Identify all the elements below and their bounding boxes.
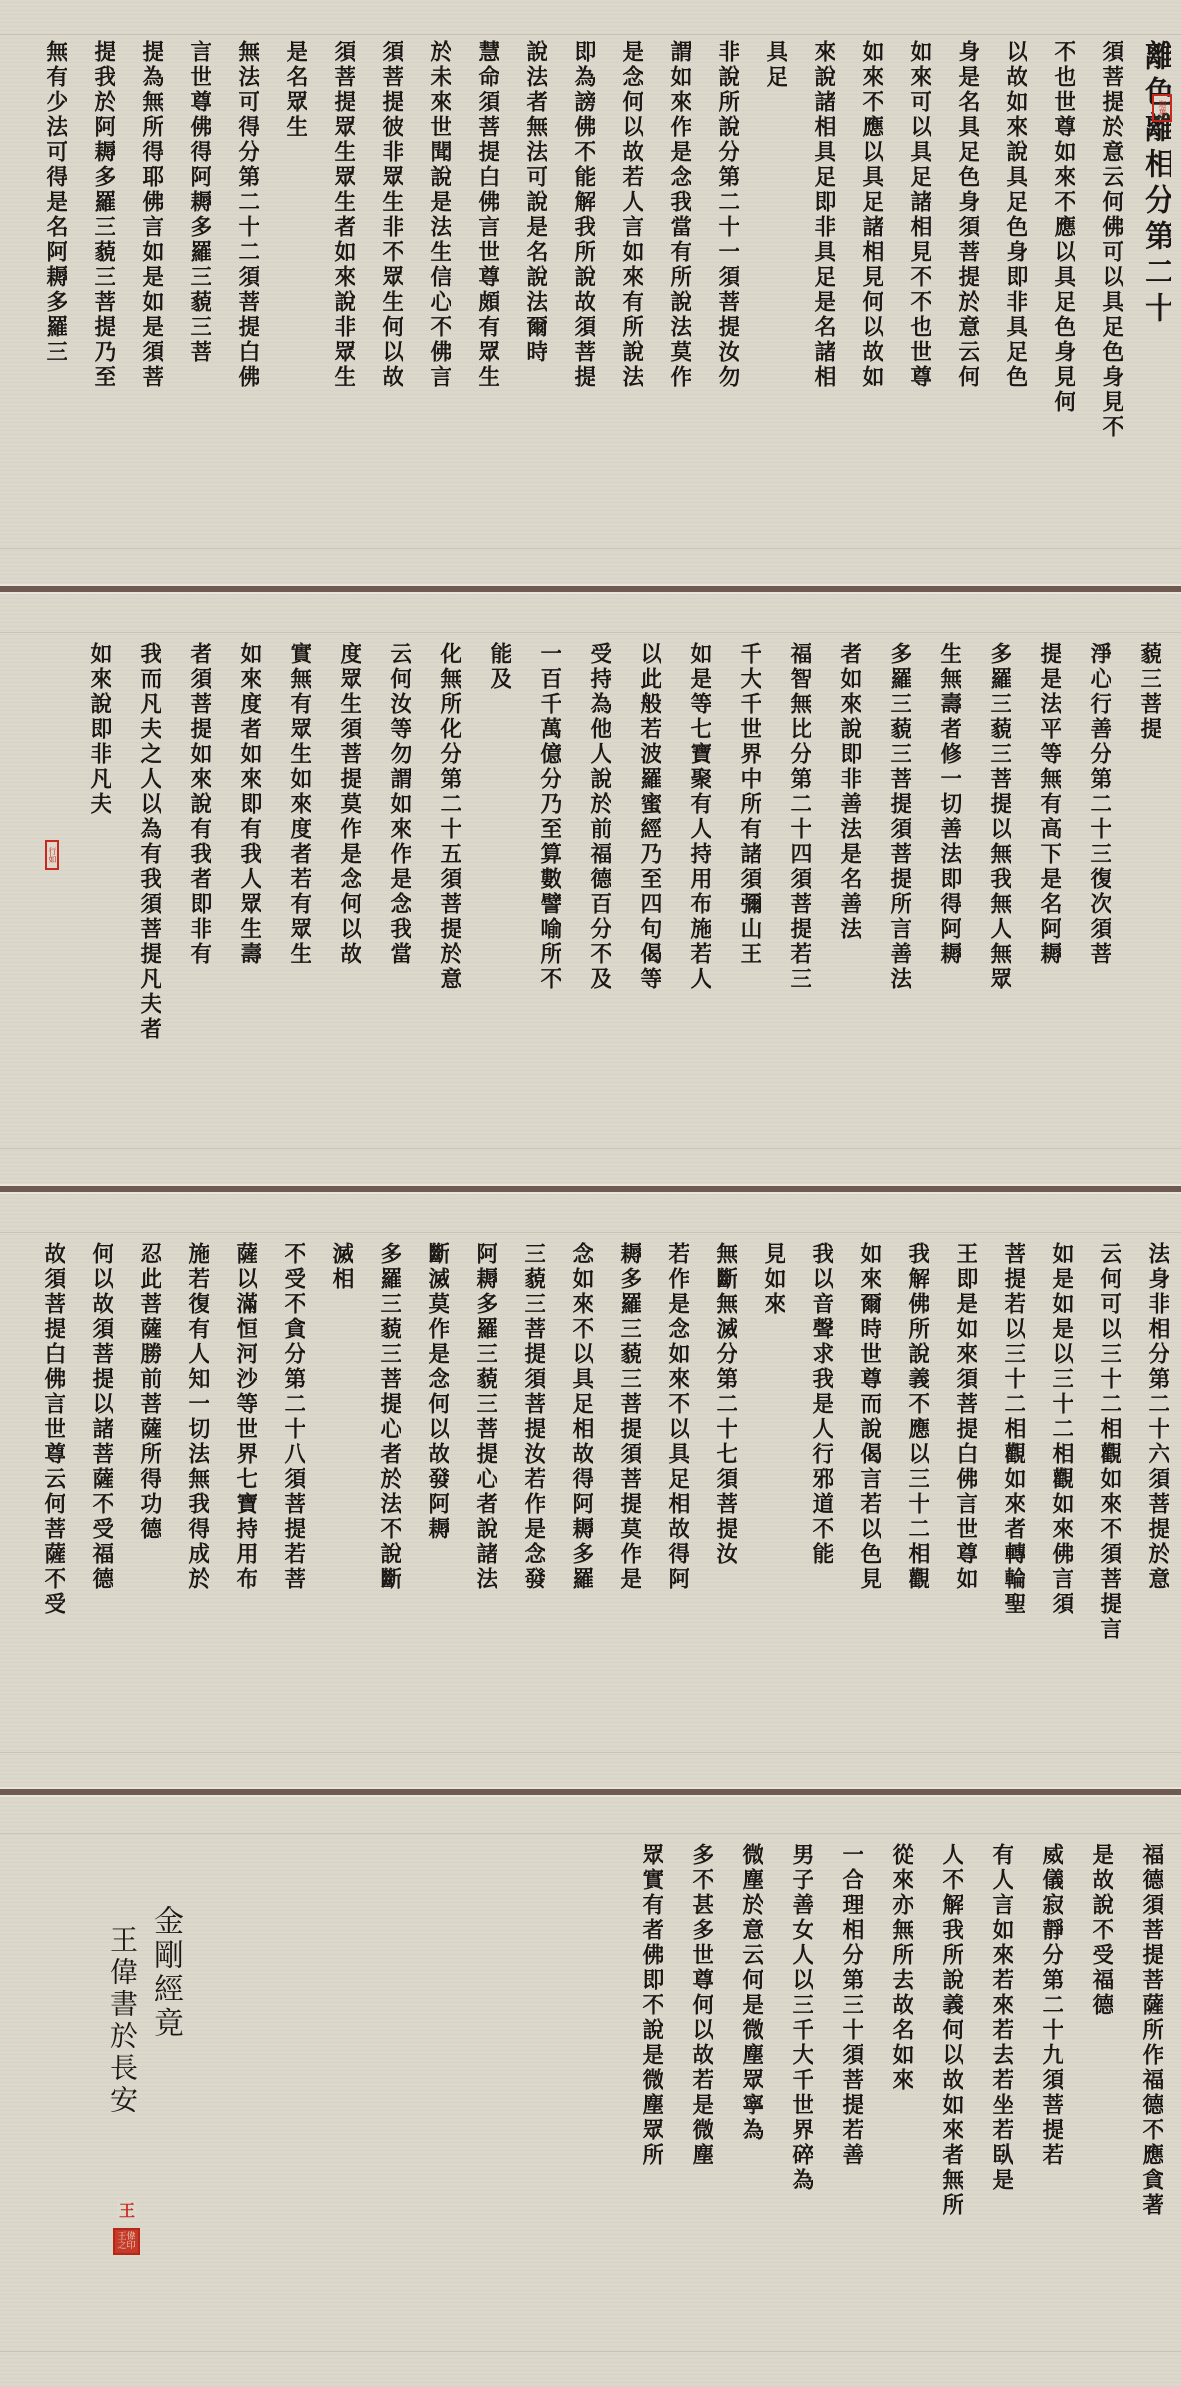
text-column: 以此般若波羅蜜經乃至四句偈等 [615, 642, 661, 1152]
text-column: 藐三菩提 [1115, 642, 1161, 1152]
text-column: 者須菩提如來說有我者即非有 [165, 642, 211, 1152]
text-column: 須菩提於意云何佛可以具足色身見不 [1079, 40, 1123, 550]
text-column: 不受不貪分第二十八須菩提若菩 [260, 1242, 305, 1752]
text-column: 如來說即非凡夫 [65, 642, 111, 1152]
text-column: 斷滅莫作是念何以故發阿耨 [404, 1242, 449, 1752]
text-column: 如來不應以具足諸相見何以故如 [839, 40, 883, 550]
text-column: 是念何以故若人言如來有所說法 [599, 40, 643, 550]
text-column: 須菩提彼非眾生非不眾生何以故 [359, 40, 403, 550]
text-columns: 福德須菩提菩薩所作福德不應貪著 是故說不受福德 威儀寂靜分第二十九須菩提若 有人… [617, 1843, 1163, 2353]
text-column: 施若復有人知一切法無我得成於 [164, 1242, 209, 1752]
text-column: 我解佛所說義不應以三十二相觀 [884, 1242, 929, 1752]
text-column: 我而凡夫之人以為有我須菩提凡夫者 [115, 642, 161, 1152]
text-column: 說法者無法可說是名說法爾時 [503, 40, 547, 550]
text-column: 男子善女人以三千大千世界碎為 [767, 1843, 813, 2353]
text-column: 謂如來作是念我當有所說法莫作 [647, 40, 691, 550]
text-column: 菩提若以三十二相觀如來者轉輪聖 [980, 1242, 1025, 1752]
text-column: 威儀寂靜分第二十九須菩提若 [1017, 1843, 1063, 2353]
text-column: 無有少法可得是名阿耨多羅三 [23, 40, 67, 550]
text-column: 提為無所得耶佛言如是如是須菩 [119, 40, 163, 550]
text-column: 能及 [465, 642, 511, 1152]
text-column: 見如來 [740, 1242, 785, 1752]
text-column: 具足 [743, 40, 787, 550]
text-column: 如是如是以三十二相觀如來佛言須 [1028, 1242, 1073, 1752]
text-column: 薩以滿恒河沙等世界七寶持用布 [212, 1242, 257, 1752]
text-columns: 法身非相分第二十六須菩提於意 云何可以三十二相觀如來不須菩提言 如是如是以三十二… [20, 1242, 1169, 1752]
text-column: 一百千萬億分乃至算數譬喻所不 [515, 642, 561, 1152]
text-column: 如是等七寶聚有人持用布施若人 [665, 642, 711, 1152]
text-column: 忍此菩薩勝前菩薩所得功德 [116, 1242, 161, 1752]
text-column: 生無壽者修一切善法即得阿耨 [915, 642, 961, 1152]
text-column: 故須菩提白佛言世尊云何菩薩不受 [20, 1242, 65, 1752]
text-column: 念如來不以具足相故得阿耨多羅 [548, 1242, 593, 1752]
text-column: 法身非相分第二十六須菩提於意 [1124, 1242, 1169, 1752]
text-column: 微塵於意云何是微塵眾寧為 [717, 1843, 763, 2353]
text-column: 若作是念如來不以具足相故得阿 [644, 1242, 689, 1752]
text-column: 於未來世聞說是法生信心不佛言 [407, 40, 451, 550]
text-column: 福德須菩提菩薩所作福德不應貪著 [1117, 1843, 1163, 2353]
text-column: 無斷無滅分第二十七須菩提汝 [692, 1242, 737, 1752]
text-column: 一合理相分第三十須菩提若善 [817, 1843, 863, 2353]
artist-seal: 行如 [45, 840, 59, 870]
text-column: 化無所化分第二十五須菩提於意 [415, 642, 461, 1152]
text-column: 受持為他人說於前福德百分不及 [565, 642, 611, 1152]
panel-rule-bottom [0, 1752, 1181, 1753]
text-column: 云何汝等勿謂如來作是念我當 [365, 642, 411, 1152]
text-column: 度眾生須菩提莫作是念何以故 [315, 642, 361, 1152]
text-columns: 離色離相分第二十 須菩提於意云何佛可以具足色身見不 不也世尊如來不應以具足色身見… [23, 40, 1171, 550]
text-column: 多不甚多世尊何以故若是微塵 [667, 1843, 713, 2353]
scroll-panel-1: 離色離相分第二十 須菩提於意云何佛可以具足色身見不 不也世尊如來不應以具足色身見… [0, 0, 1181, 586]
text-column: 須菩提眾生眾生者如來說非眾生 [311, 40, 355, 550]
text-column: 何以故須菩提以諸菩薩不受福德 [68, 1242, 113, 1752]
panel-rule-top [0, 1833, 1181, 1834]
text-column: 言世尊佛得阿耨多羅三藐三菩 [167, 40, 211, 550]
text-column: 三藐三菩提須菩提汝若作是念發 [500, 1242, 545, 1752]
text-column: 我以音聲求我是人行邪道不能 [788, 1242, 833, 1752]
text-column: 即為謗佛不能解我所說故須菩提 [551, 40, 595, 550]
text-column: 王即是如來須菩提白佛言世尊如 [932, 1242, 977, 1752]
text-column: 千大千世界中所有諸須彌山王 [715, 642, 761, 1152]
scroll-panel-2: 藐三菩提 淨心行善分第二十三復次須菩 提是法平等無有高下是名阿耨 多羅三藐三菩提… [0, 592, 1181, 1186]
text-column: 不也世尊如來不應以具足色身見何 [1031, 40, 1075, 550]
text-column: 淨心行善分第二十三復次須菩 [1065, 642, 1111, 1152]
text-column: 是故說不受福德 [1067, 1843, 1113, 2353]
panel-rule-top [0, 34, 1181, 35]
text-column: 提是法平等無有高下是名阿耨 [1015, 642, 1061, 1152]
text-column: 非說所說分第二十一須菩提汝勿 [695, 40, 739, 550]
text-column: 者如來說即非善法是名善法 [815, 642, 861, 1152]
text-column: 如來可以具足諸相見不不也世尊 [887, 40, 931, 550]
text-column: 多羅三藐三菩提心者於法不說斷 [356, 1242, 401, 1752]
text-columns: 藐三菩提 淨心行善分第二十三復次須菩 提是法平等無有高下是名阿耨 多羅三藐三菩提… [65, 642, 1161, 1152]
panel-rule-top [0, 1232, 1181, 1233]
artist-seal: 迦葉 [1152, 94, 1172, 122]
scroll-panel-4: 福德須菩提菩薩所作福德不應貪著 是故說不受福德 威儀寂靜分第二十九須菩提若 有人… [0, 1795, 1181, 2387]
text-column: 如來爾時世尊而說偈言若以色見 [836, 1242, 881, 1752]
text-column: 以故如來說具足色身即非具足色 [983, 40, 1027, 550]
colophon-title: 金剛經竟 [150, 1905, 180, 2041]
text-column: 耨多羅三藐三菩提須菩提莫作是 [596, 1242, 641, 1752]
panel-rule-top [0, 632, 1181, 633]
text-column: 人不解我所說義何以故如來者無所 [917, 1843, 963, 2353]
artist-inscription: 王偉書於長安 [108, 1925, 136, 2117]
text-column: 滅相 [308, 1242, 353, 1752]
name-seal-relief: 王 [117, 2200, 137, 2222]
text-column: 有人言如來若來若去若坐若臥是 [967, 1843, 1013, 2353]
name-seal-square: 王偉之印 [113, 2228, 140, 2255]
text-column: 是名眾生 [263, 40, 307, 550]
scroll-panel-3: 法身非相分第二十六須菩提於意 云何可以三十二相觀如來不須菩提言 如是如是以三十二… [0, 1192, 1181, 1789]
text-column: 慧命須菩提白佛言世尊頗有眾生 [455, 40, 499, 550]
text-column: 來說諸相具足即非具足是名諸相 [791, 40, 835, 550]
text-column: 提我於阿耨多羅三藐三菩提乃至 [71, 40, 115, 550]
text-column: 福智無比分第二十四須菩提若三 [765, 642, 811, 1152]
text-column: 實無有眾生如來度者若有眾生 [265, 642, 311, 1152]
text-column: 阿耨多羅三藐三菩提心者說諸法 [452, 1242, 497, 1752]
text-column: 多羅三藐三菩提須菩提所言善法 [865, 642, 911, 1152]
text-column: 云何可以三十二相觀如來不須菩提言 [1076, 1242, 1121, 1752]
text-column: 眾實有者佛即不說是微塵眾所 [617, 1843, 663, 2353]
text-column: 身是名具足色身須菩提於意云何 [935, 40, 979, 550]
text-column: 多羅三藐三菩提以無我無人無眾 [965, 642, 1011, 1152]
text-column: 無法可得分第二十二須菩提白佛 [215, 40, 259, 550]
text-column: 如來度者如來即有我人眾生壽 [215, 642, 261, 1152]
text-column: 從來亦無所去故名如來 [867, 1843, 913, 2353]
